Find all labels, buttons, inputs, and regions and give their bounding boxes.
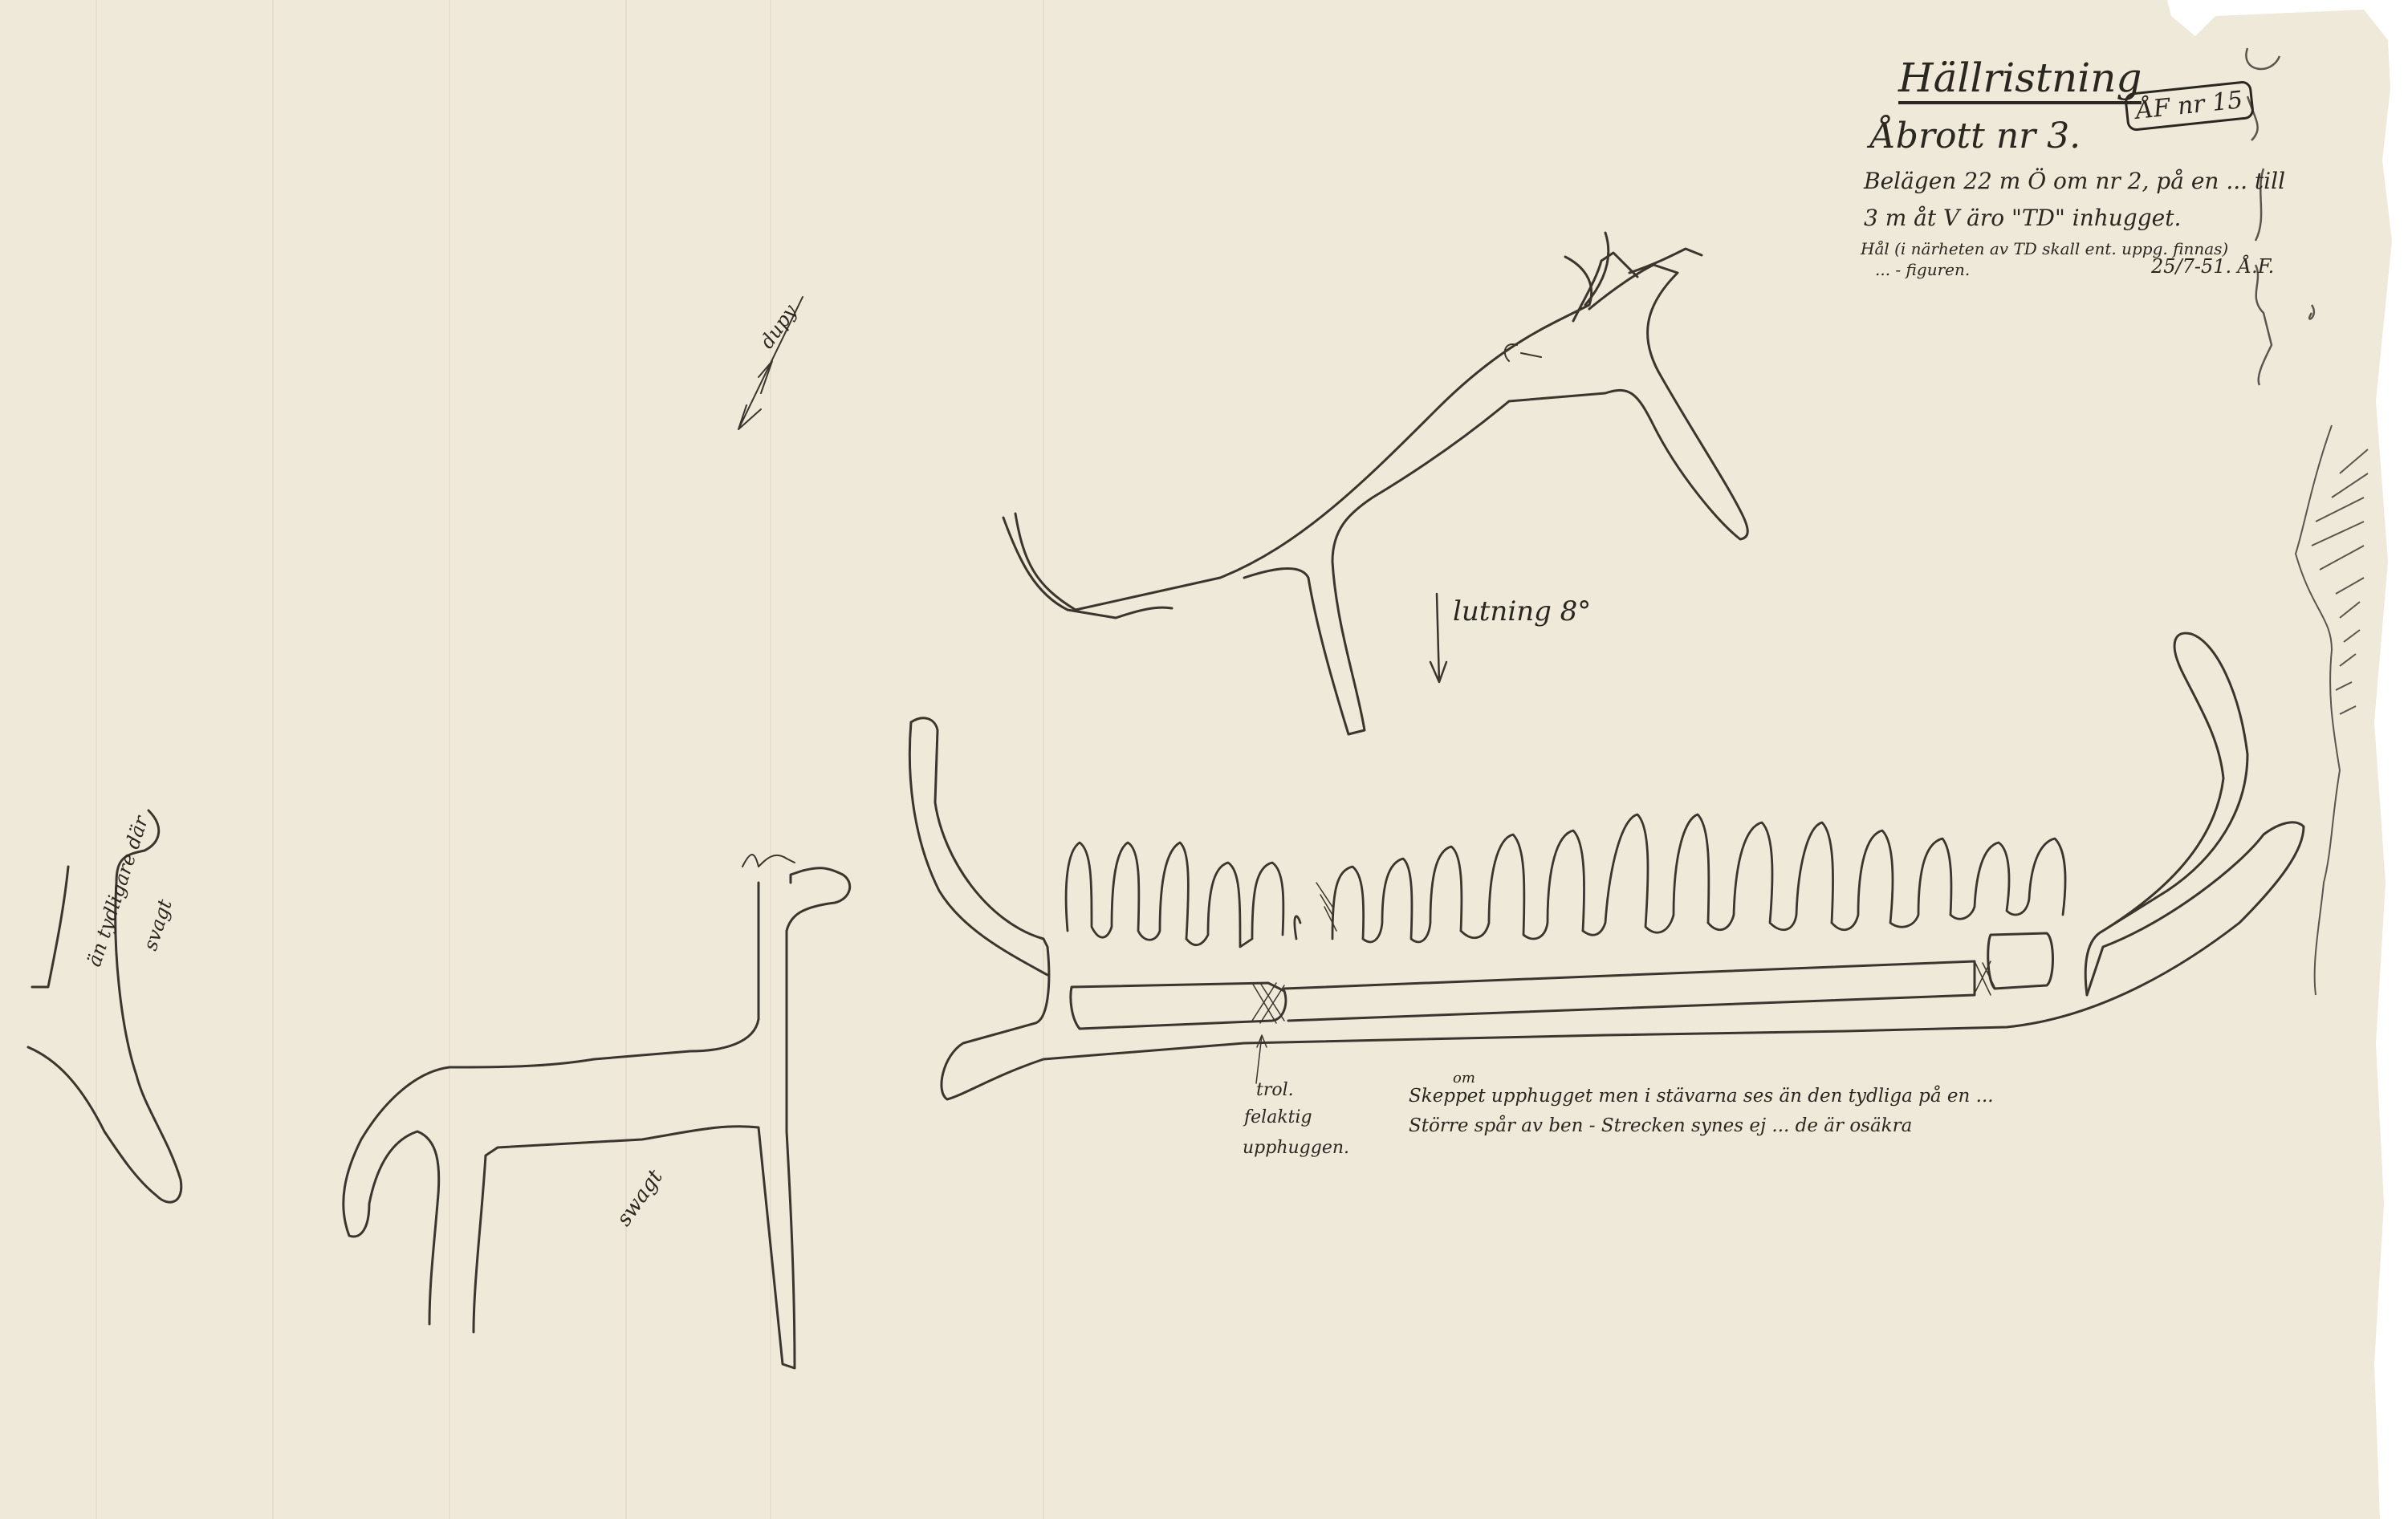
remark-superscript: om [1453, 1071, 1475, 1086]
date-signature: 25/7-51. Å.F. [2151, 257, 2274, 276]
site-number: Åbrott nr 3. [1870, 119, 2081, 154]
problem-note-line-3: upphuggen. [1243, 1139, 1349, 1157]
remark-line-2: Större spår av ben - Strecken synes ej .… [1409, 1117, 1912, 1135]
document-sheet: Hällristning Åbrott nr 3. ÅF nr 15 Beläg… [0, 0, 2408, 1519]
location-line-2: 3 m åt V äro "TD" inhugget. [1864, 207, 2181, 229]
location-line-4: ... - figuren. [1875, 262, 1970, 278]
tilt-label: lutning 8° [1453, 598, 1591, 625]
document-title: Hällristning [1898, 58, 2142, 104]
problem-note-line-1: trol. [1256, 1082, 1294, 1099]
remark-line-1: Skeppet upphugget men i stävarna ses än … [1409, 1087, 1994, 1106]
location-line-3: Hål (i närheten av TD skall ent. uppg. f… [1861, 241, 2228, 257]
problem-note-line-2: felaktig [1244, 1109, 1312, 1127]
location-line-1: Belägen 22 m Ö om nr 2, på en ... till [1864, 170, 2285, 193]
